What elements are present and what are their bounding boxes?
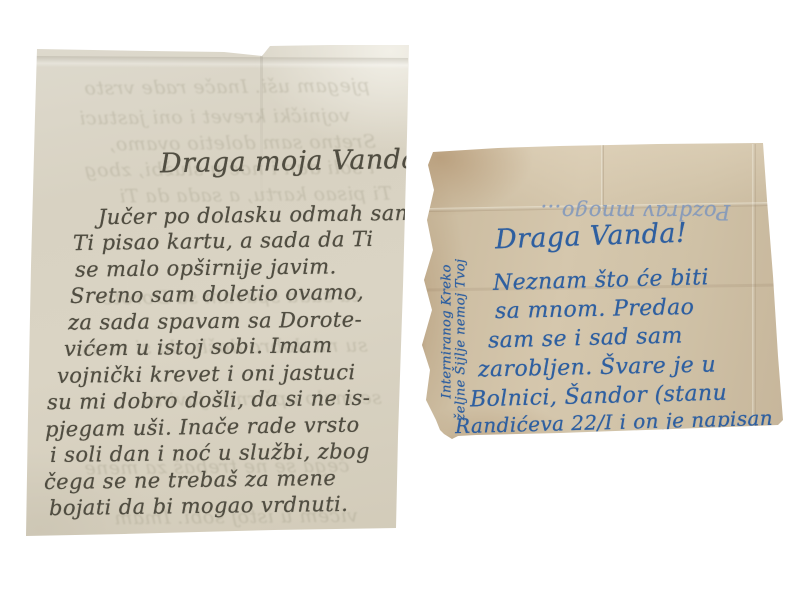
handwritten-line: vićem u istoj sobi. Imam: [64, 333, 333, 361]
letter-right-salutation: Draga Vanda!: [495, 218, 688, 256]
ink-bleedthrough-line: vojnički krevet i oni jastuci: [79, 105, 350, 130]
letter-right-paper: Pozdrav mnogo… Draga Vanda! Neznam što ć…: [418, 136, 790, 444]
handwritten-line: za sada spavam sa Dorote-: [68, 307, 362, 334]
vertical-margin-line: željne Šijlje nemoj Tvoj: [454, 191, 469, 421]
vertical-margin-line: Interniranog Kreko: [440, 169, 455, 399]
handwritten-line: sa mnom. Predao: [495, 295, 695, 324]
handwritten-line: Neznam što će biti: [493, 265, 709, 296]
handwritten-line: Sretno sam doletio ovamo,: [70, 280, 364, 308]
fold-crease-vertical: [752, 144, 756, 436]
handwritten-line: pjegam uši. Inače rade vrsto: [45, 413, 360, 442]
handwritten-line: su mi dobro došli, da si ne is-: [47, 386, 371, 415]
ink-bleedthrough-line: pjegam uši. Inače rade vrsto: [84, 75, 370, 100]
handwritten-line: čega se ne trebaš za mene: [44, 466, 337, 494]
handwritten-line: Ti pisao kartu, a sada da Ti: [73, 227, 374, 255]
handwritten-line: se malo opširnije javim.: [75, 254, 337, 281]
photo-of-two-handwritten-letters: pjegam uši. Inače rade vrsto vojnički kr…: [0, 0, 800, 600]
handwritten-line: bojati da bi mogao vrdnuti.: [49, 492, 349, 520]
handwritten-line: vojnički krevet i oni jastuci: [57, 360, 356, 388]
handwritten-line: zarobljen. Švare je u: [478, 353, 717, 383]
fold-crease-horizontal: [30, 56, 408, 69]
handwritten-line: i soli dan i noć u službi, zbog: [50, 439, 370, 467]
letter-left-salutation: Draga moja Vanda!: [160, 144, 430, 180]
handwritten-line: Jučer po dolasku odmah sam: [98, 201, 415, 229]
letter-left-paper: pjegam uši. Inače rade vrsto vojnički kr…: [24, 36, 414, 540]
handwritten-line: sam se i sad sam: [488, 323, 683, 353]
